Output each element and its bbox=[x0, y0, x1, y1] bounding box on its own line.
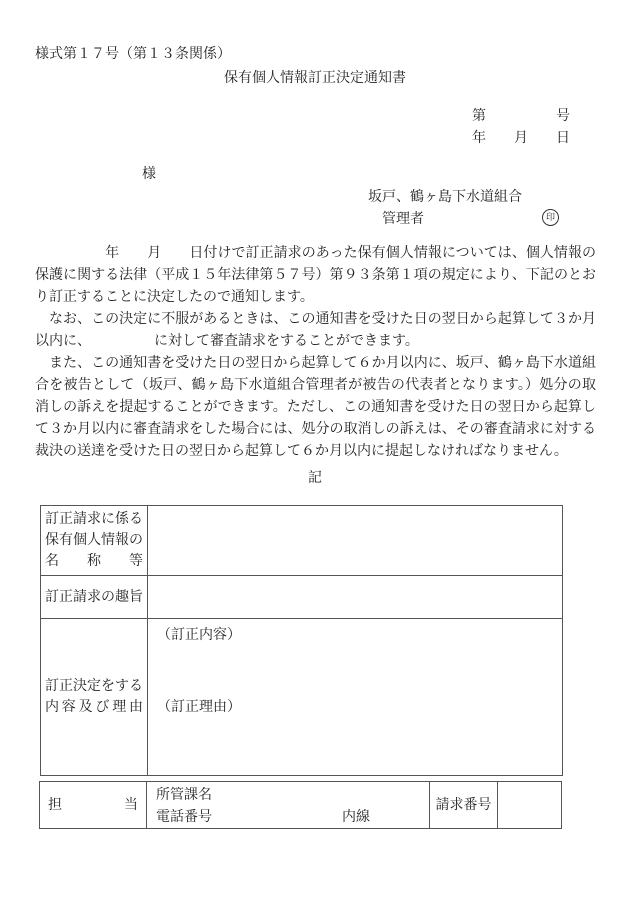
record-heading: 記 bbox=[0, 468, 630, 490]
request-number-label: 請求番号 bbox=[436, 798, 492, 813]
label-line: 保有個人情報の bbox=[45, 530, 143, 551]
staff-in-charge-label: 担当 bbox=[48, 795, 138, 816]
staff-in-charge-cell: 担当 bbox=[40, 782, 147, 829]
paragraph-appeal: なお、この決定に不服があるときは、この通知書を受けた日の翌日から起算して３か月以… bbox=[35, 309, 596, 353]
paragraph-lawsuit: また、この通知書を受けた日の翌日から起算して６か月以内に、坂戸、鶴ヶ島下水道組合… bbox=[35, 353, 596, 463]
contact-table: 担当 所管課名 電話番号 内線 請求番号 bbox=[39, 781, 562, 829]
table-row: 訂正請求の趣旨 bbox=[41, 576, 563, 619]
date-blank: 年 月 日 bbox=[472, 128, 570, 150]
purpose-of-request-label-cell: 訂正請求の趣旨 bbox=[41, 576, 148, 619]
correction-content-caption: （訂正内容） bbox=[157, 625, 241, 647]
document-number-blank: 第 号 bbox=[472, 106, 570, 128]
table-row: 訂正決定をする 内容及び理由 （訂正内容） （訂正理由） bbox=[41, 619, 563, 776]
decision-content-value-cell: （訂正内容） （訂正理由） bbox=[148, 619, 563, 776]
request-number-value-cell bbox=[498, 782, 562, 829]
issuer-role: 管理者 bbox=[382, 209, 424, 231]
extension-label: 内線 bbox=[342, 807, 370, 829]
form-number: 様式第１７号（第１３条関係） bbox=[35, 44, 231, 66]
table-row: 訂正請求に係る 保有個人情報の 名称等 bbox=[41, 506, 563, 576]
body-text: 年 月 日付けで訂正請求のあった保有個人情報については、個人情報の保護に関する法… bbox=[35, 243, 596, 463]
phone-label: 電話番号 bbox=[156, 807, 212, 829]
label-line: 名称等 bbox=[45, 551, 143, 572]
division-label: 所管課名 bbox=[156, 785, 212, 807]
issuer-organization: 坂戸、鶴ヶ島下水道組合 bbox=[368, 187, 522, 209]
name-of-information-label-cell: 訂正請求に係る 保有個人情報の 名称等 bbox=[41, 506, 148, 576]
label-line: 訂正請求に係る bbox=[45, 509, 143, 530]
paragraph-decision: 年 月 日付けで訂正請求のあった保有個人情報については、個人情報の保護に関する法… bbox=[35, 243, 596, 309]
document-title: 保有個人情報訂正決定通知書 bbox=[0, 68, 630, 90]
label-line: 訂正決定をする bbox=[45, 676, 143, 697]
purpose-of-request-value-cell bbox=[148, 576, 563, 619]
label-line: 内容及び理由 bbox=[45, 697, 143, 718]
seal-icon: 印 bbox=[542, 209, 559, 226]
label-line: 訂正請求の趣旨 bbox=[45, 587, 143, 608]
correction-detail-table: 訂正請求に係る 保有個人情報の 名称等 訂正請求の趣旨 訂正決定をする 内容及び… bbox=[40, 505, 563, 776]
addressee-honorific: 様 bbox=[142, 164, 156, 186]
name-of-information-value-cell bbox=[148, 506, 563, 576]
decision-content-label-cell: 訂正決定をする 内容及び理由 bbox=[41, 619, 148, 776]
table-row: 担当 所管課名 電話番号 内線 請求番号 bbox=[40, 782, 562, 829]
division-phone-cell: 所管課名 電話番号 内線 bbox=[147, 782, 430, 829]
seal-area: 印 bbox=[542, 209, 559, 226]
correction-reason-caption: （訂正理由） bbox=[157, 697, 241, 719]
document-page: 様式第１７号（第１３条関係） 保有個人情報訂正決定通知書 第 号 年 月 日 様… bbox=[0, 0, 630, 903]
request-number-label-cell: 請求番号 bbox=[430, 782, 498, 829]
